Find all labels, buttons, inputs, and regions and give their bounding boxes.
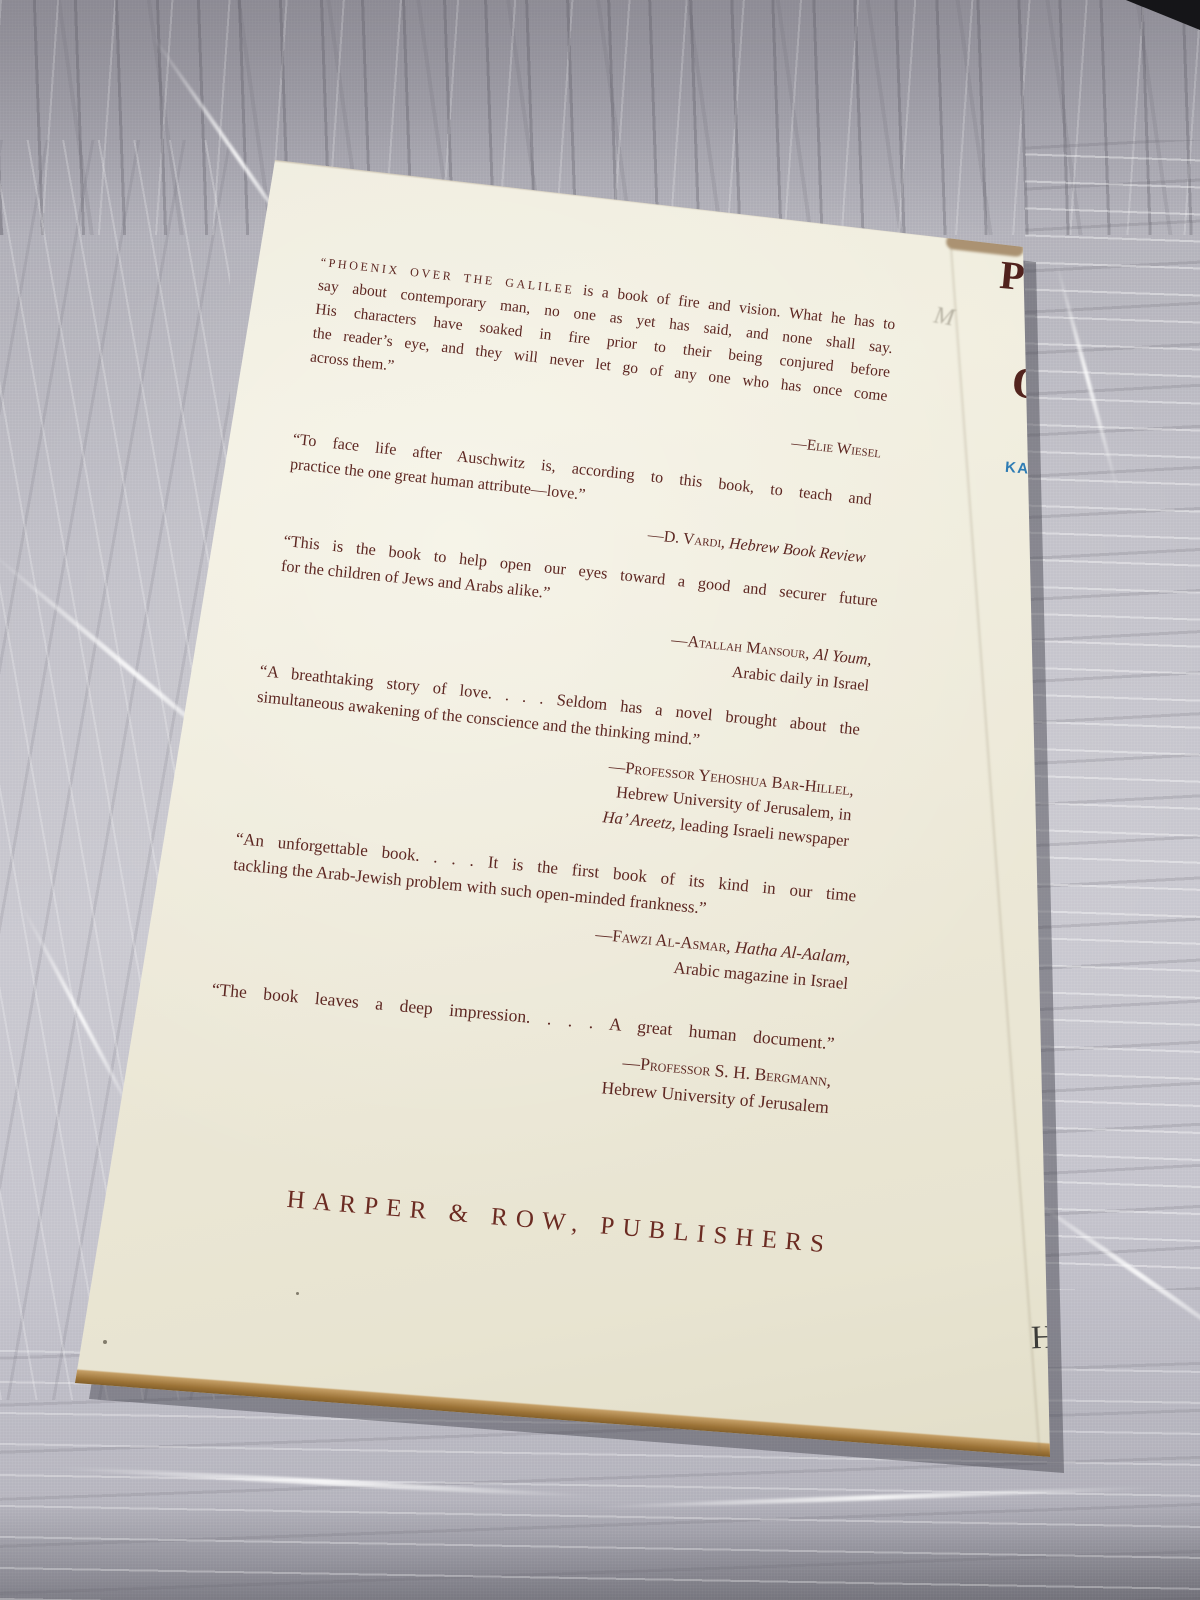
spine-letter-p: P — [998, 255, 1026, 297]
paper-speck — [296, 1292, 299, 1295]
paper-speck — [103, 1340, 107, 1344]
review-quote-wiesel: “PHOENIX OVER THE GALILEE is a book of f… — [305, 250, 896, 465]
review-quote-bergmann: “The book leaves a deep impression. . . … — [205, 976, 836, 1122]
review-quote-al-asmar: “An unforgettable book. . . . It is the … — [226, 826, 857, 998]
jacket-fold-crease — [949, 248, 1040, 1453]
publisher-imprint: HARPER & ROW, PUBLISHERS — [286, 1186, 834, 1260]
pencil-mark: M — [932, 302, 956, 332]
